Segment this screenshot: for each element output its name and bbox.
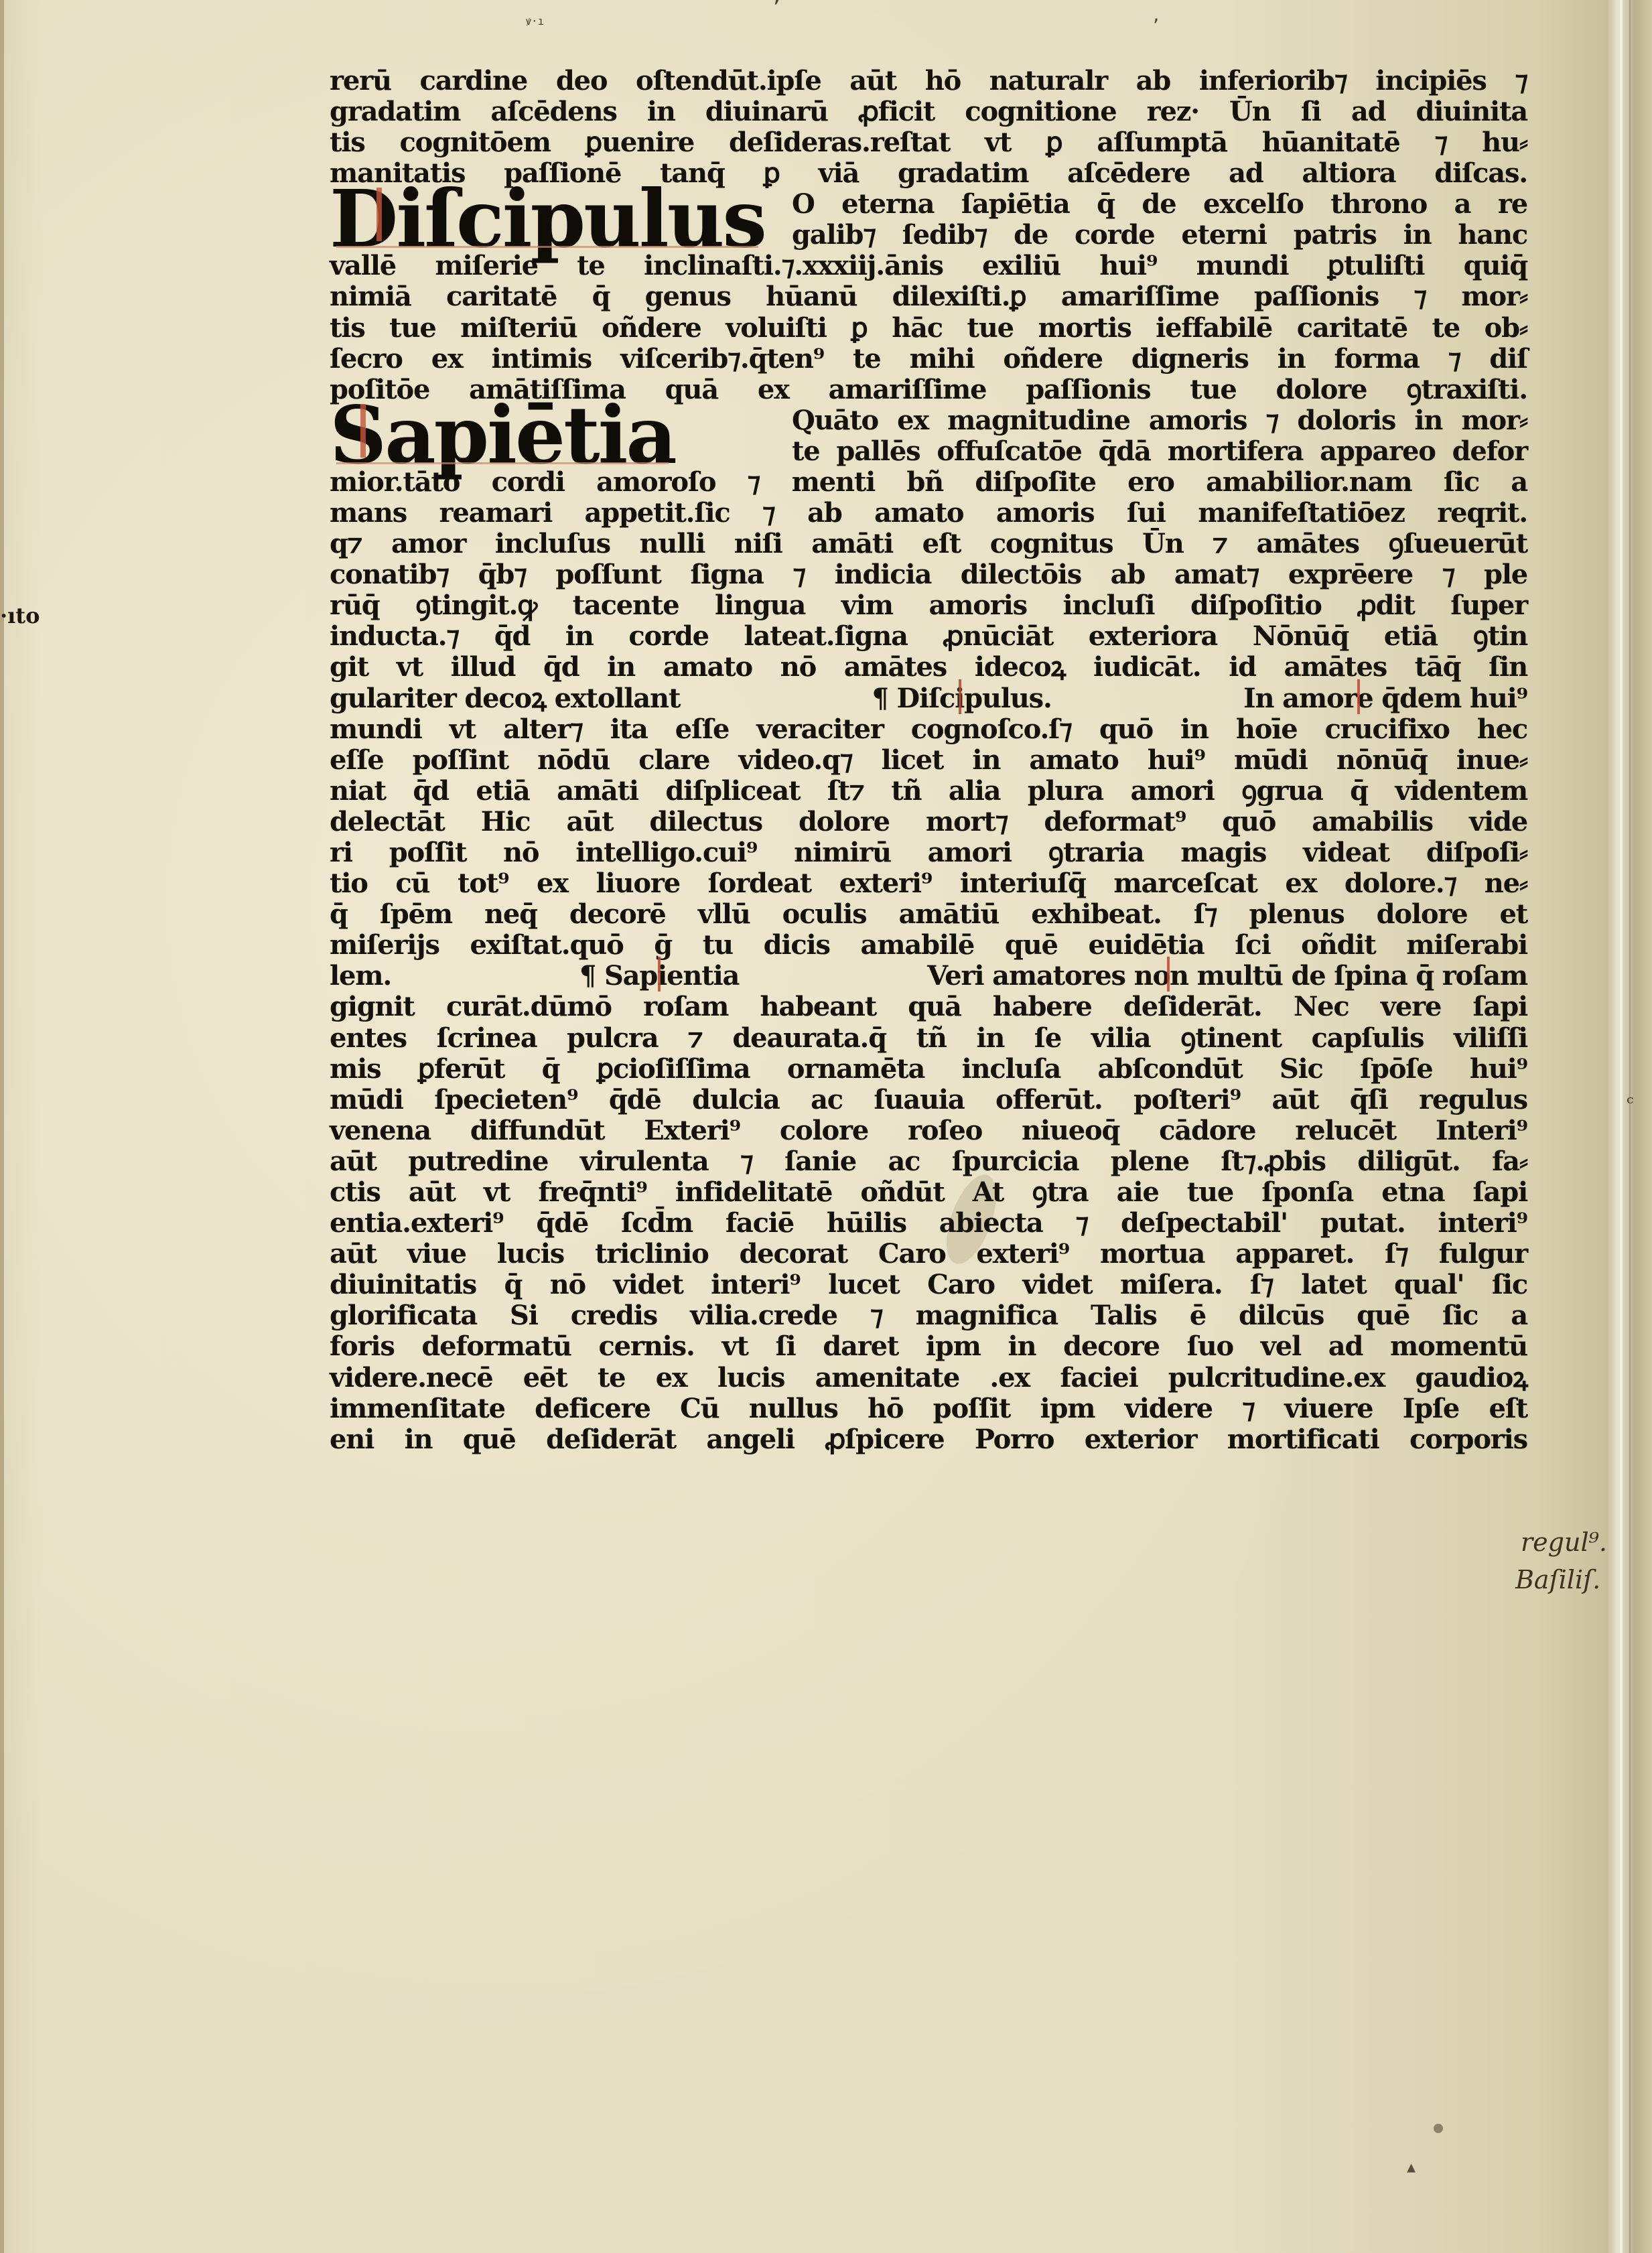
text-line: diuinitatis q̄ nō videt interi⁹ lucet Ca…: [330, 1270, 1527, 1300]
text-line: rūq̄ ꝯtingit.ꝙ tacente lingua vim amoris…: [330, 590, 1527, 621]
text-line: entes ſcrinea pulcra ⁊ deaurata.q̄ tñ in…: [330, 1023, 1527, 1054]
pilcrow-icon: ¶: [579, 960, 596, 992]
text-line: ſecro ex intimis viſcerib⁊.q̄ten⁹ te mih…: [330, 344, 1527, 374]
top-ink-mark: ʼ: [1151, 16, 1160, 35]
text-line: glorificata Si credis vilia.crede ⁊ magn…: [330, 1300, 1527, 1331]
text-line: venena diffundūt Exteri⁹ colore roſeo ni…: [330, 1115, 1527, 1146]
scanned-page: ꝟ·ı ʼ ʼ ·ıto regul⁹. Baſiliſ. ᶜ ▴ rerū c…: [0, 0, 1652, 2253]
pilcrow-icon: ¶: [872, 683, 888, 714]
rubrication-underline: [336, 246, 758, 248]
text-line-with-speaker: lem. ¶ Sapientia Veri amatores non multū…: [330, 961, 1527, 992]
text-line: O eterna ſapiētia q̄ de excelſo throno a…: [792, 189, 1527, 220]
text-fragment: gulariter decoꝝ extollant: [330, 683, 680, 714]
rubrication-stroke: [360, 404, 366, 458]
section-heading-sapientia: Sapiētia Quāto ex magnitudine amoris ⁊ d…: [330, 405, 1527, 467]
text-line: ctis aūt vt freq̄nti⁹ infidelitatē oñdūt…: [330, 1177, 1527, 1208]
right-marginal-note: regul⁹.: [1521, 1527, 1607, 1557]
text-line: mundi vt alter⁊ ita eſſe veraciter cogno…: [330, 714, 1527, 745]
text-block: rerū cardine deo oſtendūt.ipſe aūt hō na…: [330, 66, 1527, 1455]
speaker-marker: ¶ Sapientia: [579, 961, 739, 992]
text-line: entia.exteri⁹ q̄dē ſcd̄m faciē hūilis ab…: [330, 1208, 1527, 1239]
text-fragment: Veri amatores non multū de ſpina q̄ roſa…: [927, 961, 1527, 992]
text-line: rerū cardine deo oſtendūt.ipſe aūt hō na…: [330, 66, 1527, 96]
bottom-ink-mark: ▴: [1407, 2157, 1416, 2177]
text-line: aūt putredine virulenta ⁊ ſanie ac ſpurc…: [330, 1146, 1527, 1177]
text-line: niat q̄d etiā amāti diſpliceat ſt⁊ tñ al…: [330, 776, 1527, 807]
text-line: videre.necē eēt te ex lucis amenitate .e…: [330, 1363, 1527, 1393]
text-fragment: In amore q̄dem hui⁹: [1243, 683, 1527, 714]
text-line: q⁊ amor incluſus nulli niſi amāti eſt co…: [330, 529, 1527, 559]
text-line: te pallēs offuſcatōe q̄dā mortifera appa…: [792, 436, 1527, 467]
page-left-edge: [0, 0, 4, 2253]
text-line: gignit curāt.dūmō roſam habeant quā habe…: [330, 992, 1527, 1022]
paper-speck: [1434, 2124, 1443, 2133]
text-line: tio cū tot⁹ ex liuore ſordeat exteri⁹ in…: [330, 868, 1527, 899]
text-line: immenſitate deficere Cū nullus hō poſſit…: [330, 1393, 1527, 1424]
speaker-heading: Diſcipulus: [330, 182, 765, 256]
left-marginal-note: ·ıto: [0, 603, 40, 628]
section-heading-discipulus: Diſcipulus O eterna ſapiētia q̄ de excel…: [330, 189, 1527, 251]
text-line-with-speaker: gulariter decoꝝ extollant ¶ Diſcipulus. …: [330, 683, 1527, 714]
speaker-heading-text: Diſcipulus: [330, 172, 765, 265]
text-line: eſſe poſſint nōdū clare video.q⁊ licet i…: [330, 745, 1527, 776]
text-line: aūt viue lucis triclinio decorat Caro ex…: [330, 1239, 1527, 1270]
top-ink-mark: ꝟ·ı: [526, 13, 544, 28]
text-line: git vt illud q̄d in amato nō amātes idec…: [330, 652, 1527, 683]
text-line: gradatim aſcēdens in diuinarū ꝓficit cog…: [330, 96, 1527, 127]
text-line: tis tue miſteriū oñdere voluiſti ꝑ hāc t…: [330, 313, 1527, 344]
text-line: ri poſſit nō intelligo.cui⁹ nimirū amori…: [330, 837, 1527, 868]
text-line: galib⁊ ſedib⁊ de corde eterni patris in …: [792, 220, 1527, 251]
rubrication-stroke: [376, 188, 382, 241]
speaker-heading-text: Sapiētia: [330, 389, 675, 482]
text-line: nimiā caritatē q̄ genus hūanū dilexiſti.…: [330, 281, 1527, 312]
text-line: inducta.⁊ q̄d in corde lateat.ſigna ꝓnūc…: [330, 621, 1527, 652]
right-marginal-note: Baſiliſ.: [1515, 1565, 1600, 1594]
text-line: tis cognitōem ꝑuenire deſideras.reſtat v…: [330, 127, 1527, 158]
top-ink-mark: ʼ: [770, 0, 782, 19]
text-line: mis ꝑferūt q̄ ꝑcioſiſſima ornamēta inclu…: [330, 1054, 1527, 1085]
speaker-label: Diſcipulus.: [896, 683, 1051, 714]
text-line: q̄ ſpēm neq̄ decorē vllū oculis amātiū e…: [330, 899, 1527, 930]
binding-edge-shadow: [1629, 0, 1631, 2253]
edge-ink-mark: ᶜ: [1627, 1092, 1633, 1115]
text-line: miſerijs exiſtat.quō ḡ tu dicis amabilē …: [330, 930, 1527, 961]
text-line: conatib⁊ q̄b⁊ poſſunt ſigna ⁊ indicia di…: [330, 559, 1527, 590]
text-line: mans reamari appetit.ſic ⁊ ab amato amor…: [330, 498, 1527, 529]
rubrication-underline: [336, 462, 669, 464]
text-line: Quāto ex magnitudine amoris ⁊ doloris in…: [792, 405, 1527, 436]
text-line: delectāt Hic aūt dilectus dolore mort⁊ d…: [330, 807, 1527, 837]
speaker-marker: ¶ Diſcipulus.: [872, 683, 1051, 714]
speaker-label: Sapientia: [604, 961, 739, 992]
text-line: foris deformatū cernis. vt ſi daret ipm …: [330, 1331, 1527, 1362]
binding-edge-highlight: [1620, 0, 1623, 2253]
text-line: eni in quē deſiderāt angeli ꝓſpicere Por…: [330, 1424, 1527, 1455]
speaker-heading: Sapiētia: [330, 399, 675, 472]
text-fragment: lem.: [330, 961, 391, 992]
text-line: mūdi ſpecieten⁹ q̄dē dulcia ac ſuauia of…: [330, 1085, 1527, 1115]
